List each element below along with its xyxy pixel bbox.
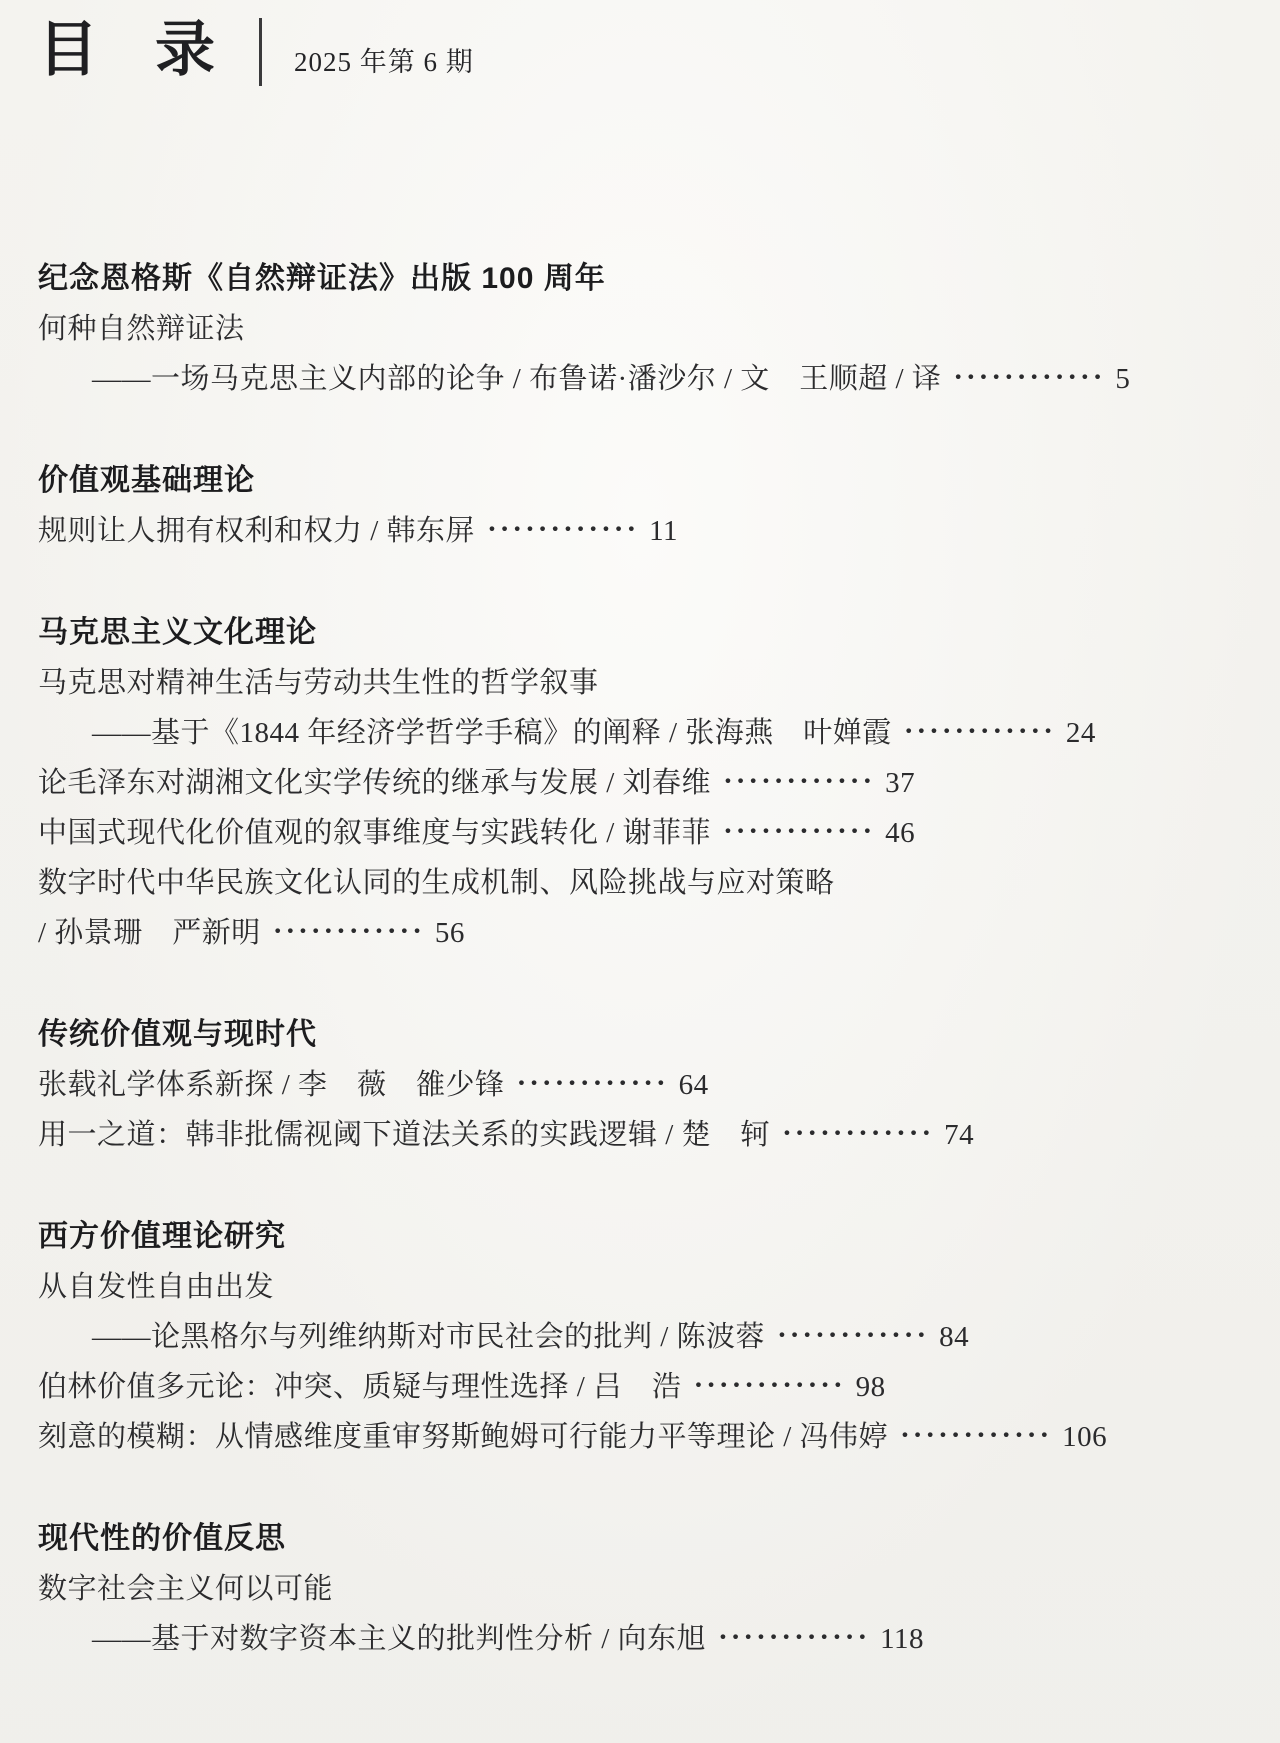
entry-text: 刻意的模糊：从情感维度重审努斯鲍姆可行能力平等理论 / 冯伟婷	[38, 1421, 888, 1453]
toc-entry: ——基于对数字资本主义的批判性分析 / 向东旭············118	[38, 1614, 1220, 1664]
entry-text: ——基于《1844 年经济学哲学手稿》的阐释 / 张海燕 叶婵霞	[92, 717, 892, 749]
page-number: 64	[679, 1069, 709, 1101]
toc-section: 传统价值观与现时代 张载礼学体系新探 / 李 薇 雒少锋············…	[38, 1010, 1220, 1160]
dot-leader: ············	[718, 1612, 870, 1662]
entry-text: ——论黑格尔与列维纳斯对市民社会的批判 / 陈波蓉	[92, 1321, 765, 1353]
toc-entry: 马克思对精神生活与劳动共生性的哲学叙事	[38, 658, 1220, 708]
entry-text: 数字社会主义何以可能	[38, 1573, 333, 1605]
toc-entry: ——基于《1844 年经济学哲学手稿》的阐释 / 张海燕 叶婵霞········…	[38, 708, 1220, 758]
page-number: 5	[1115, 363, 1130, 395]
entry-text: ——一场马克思主义内部的论争 / 布鲁诺·潘沙尔 / 文 王顺超 / 译	[92, 363, 941, 395]
section-heading: 西方价值理论研究	[38, 1212, 1220, 1262]
entry-text: 规则让人拥有权利和权力 / 韩东屏	[38, 515, 475, 547]
page-number: 24	[1066, 717, 1096, 749]
toc-section: 纪念恩格斯《自然辩证法》出版 100 周年 何种自然辩证法 ——一场马克思主义内…	[38, 254, 1220, 404]
toc-section: 马克思主义文化理论 马克思对精神生活与劳动共生性的哲学叙事 ——基于《1844 …	[38, 608, 1220, 958]
page-number: 118	[880, 1623, 924, 1655]
section-heading: 马克思主义文化理论	[38, 608, 1220, 658]
entry-text: 用一之道：韩非批儒视阈下道法关系的实践逻辑 / 楚 轲	[38, 1119, 770, 1151]
dot-leader: ············	[487, 504, 639, 554]
page-header: 目 录 2025 年第 6 期	[38, 14, 1220, 86]
toc-section: 西方价值理论研究 从自发性自由出发 ——论黑格尔与列维纳斯对市民社会的批判 / …	[38, 1212, 1220, 1462]
entry-text: ——基于对数字资本主义的批判性分析 / 向东旭	[92, 1623, 706, 1655]
entry-text: 中国式现代化价值观的叙事维度与实践转化 / 谢菲菲	[38, 817, 711, 849]
page-number: 98	[856, 1371, 886, 1403]
dot-leader: ············	[782, 1108, 934, 1158]
toc-entry: 中国式现代化价值观的叙事维度与实践转化 / 谢菲菲············46	[38, 808, 1220, 858]
toc-entry: / 孙景珊 严新明············56	[38, 908, 1220, 958]
section-heading: 纪念恩格斯《自然辩证法》出版 100 周年	[38, 254, 1220, 304]
toc-entry: 论毛泽东对湖湘文化实学传统的继承与发展 / 刘春维············37	[38, 758, 1220, 808]
issue-label: 2025 年第 6 期	[294, 40, 474, 79]
toc-entry: 用一之道：韩非批儒视阈下道法关系的实践逻辑 / 楚 轲············7…	[38, 1110, 1220, 1160]
toc-content: 纪念恩格斯《自然辩证法》出版 100 周年 何种自然辩证法 ——一场马克思主义内…	[38, 254, 1220, 1664]
section-heading: 现代性的价值反思	[38, 1514, 1220, 1564]
toc-entry: 数字时代中华民族文化认同的生成机制、风险挑战与应对策略	[38, 858, 1220, 908]
page-number: 56	[435, 917, 465, 949]
dot-leader: ············	[777, 1310, 929, 1360]
section-heading: 传统价值观与现时代	[38, 1010, 1220, 1060]
page-title: 目 录	[38, 14, 219, 86]
entry-text: / 孙景珊 严新明	[38, 917, 261, 949]
dot-leader: ············	[904, 706, 1056, 756]
entry-text: 张载礼学体系新探 / 李 薇 雒少锋	[38, 1069, 505, 1101]
page-number: 11	[649, 515, 678, 547]
entry-text: 伯林价值多元论：冲突、质疑与理性选择 / 吕 浩	[38, 1371, 682, 1403]
entry-text: 何种自然辩证法	[38, 313, 245, 345]
dot-leader: ············	[694, 1360, 846, 1410]
toc-entry: 刻意的模糊：从情感维度重审努斯鲍姆可行能力平等理论 / 冯伟婷·········…	[38, 1412, 1220, 1462]
header-divider	[259, 18, 262, 86]
entry-text: 马克思对精神生活与劳动共生性的哲学叙事	[38, 667, 599, 699]
toc-section: 价值观基础理论 规则让人拥有权利和权力 / 韩东屏············11	[38, 456, 1220, 556]
dot-leader: ············	[517, 1058, 669, 1108]
page-number: 84	[939, 1321, 969, 1353]
toc-entry: 规则让人拥有权利和权力 / 韩东屏············11	[38, 506, 1220, 556]
toc-entry: ——论黑格尔与列维纳斯对市民社会的批判 / 陈波蓉············84	[38, 1312, 1220, 1362]
dot-leader: ············	[723, 806, 875, 856]
entry-text: 从自发性自由出发	[38, 1271, 274, 1303]
toc-section: 现代性的价值反思 数字社会主义何以可能 ——基于对数字资本主义的批判性分析 / …	[38, 1514, 1220, 1664]
dot-leader: ············	[900, 1410, 1052, 1460]
entry-text: 论毛泽东对湖湘文化实学传统的继承与发展 / 刘春维	[38, 767, 711, 799]
entry-text: 数字时代中华民族文化认同的生成机制、风险挑战与应对策略	[38, 867, 835, 899]
toc-entry: 何种自然辩证法	[38, 304, 1220, 354]
toc-page: 目 录 2025 年第 6 期 纪念恩格斯《自然辩证法》出版 100 周年 何种…	[0, 0, 1280, 1743]
toc-entry: ——一场马克思主义内部的论争 / 布鲁诺·潘沙尔 / 文 王顺超 / 译····…	[38, 354, 1220, 404]
page-number: 46	[885, 817, 915, 849]
toc-entry: 伯林价值多元论：冲突、质疑与理性选择 / 吕 浩············98	[38, 1362, 1220, 1412]
page-number: 37	[885, 767, 915, 799]
page-number: 74	[944, 1119, 974, 1151]
section-heading: 价值观基础理论	[38, 456, 1220, 506]
toc-entry: 张载礼学体系新探 / 李 薇 雒少锋············64	[38, 1060, 1220, 1110]
dot-leader: ············	[273, 906, 425, 956]
dot-leader: ············	[953, 352, 1105, 402]
page-number: 106	[1062, 1421, 1107, 1453]
toc-entry: 从自发性自由出发	[38, 1262, 1220, 1312]
dot-leader: ············	[723, 756, 875, 806]
toc-entry: 数字社会主义何以可能	[38, 1564, 1220, 1614]
